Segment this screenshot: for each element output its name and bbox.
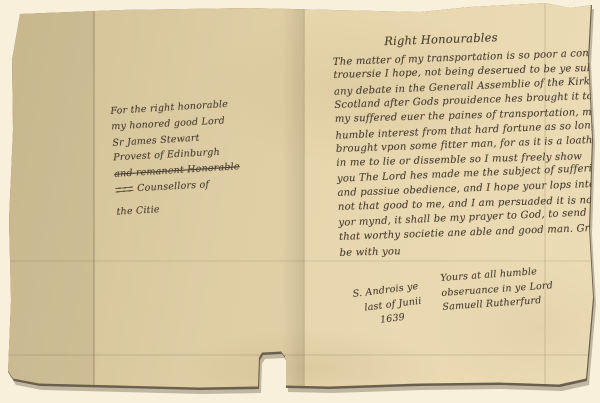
paper-sheet: Right Honourables The matter of my trans… (0, 0, 600, 403)
fold-crease-centre-shade (282, 0, 303, 401)
letter-scan: Right Honourables The matter of my trans… (0, 0, 600, 403)
fold-crease-left (93, 0, 95, 401)
dateline: S. Androis ye last of Junii 1639 (352, 280, 424, 331)
address-panel: For the right honorable my honored good … (110, 96, 242, 220)
fold-crease-centre (303, 0, 305, 401)
fold-crease-horizontal-lower (0, 354, 599, 356)
strikeout-scribble (115, 185, 134, 194)
fold-crease-horizontal-upper (0, 260, 599, 262)
signature-block: Yours at all humble obseruance in ye Lor… (440, 264, 555, 315)
letter-body: Right Honourables The matter of my trans… (332, 27, 600, 263)
address-line-text: Counsellors of (137, 179, 209, 194)
fold-panel-left (7, 0, 94, 392)
